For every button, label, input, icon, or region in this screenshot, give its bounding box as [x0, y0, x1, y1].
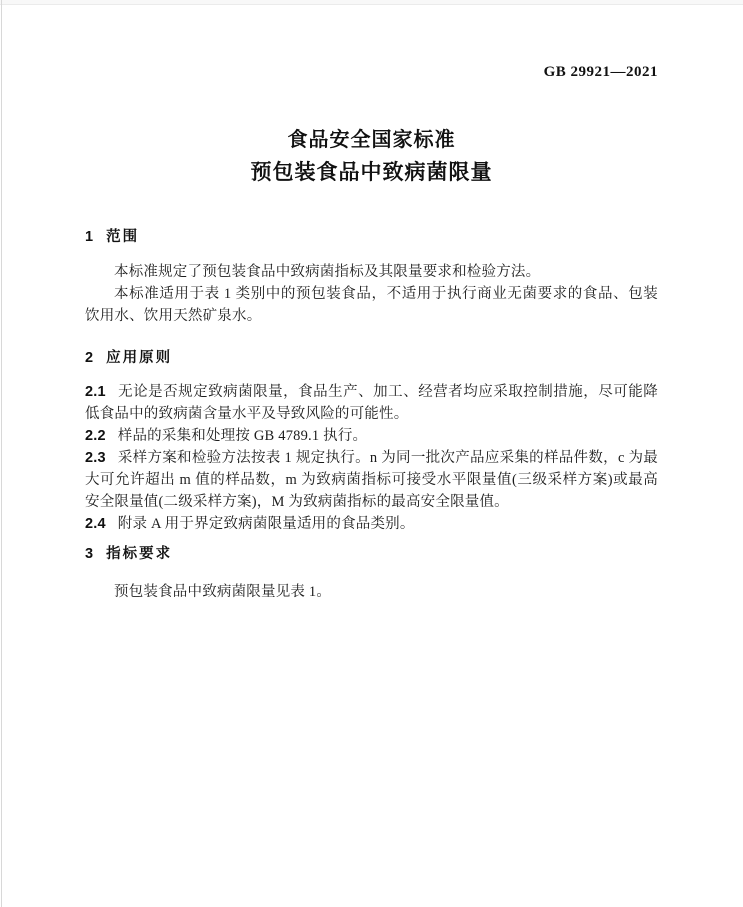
document-page: GB 29921—2021 食品安全国家标准 预包装食品中致病菌限量 1范围 本… — [0, 0, 743, 907]
indicators-paragraph-1: 预包装食品中致病菌限量见表 1。 — [85, 581, 658, 603]
clause-2-1-number: 2.1 — [85, 384, 106, 400]
clause-2-4-number: 2.4 — [85, 516, 106, 532]
clause-2-2-text: 样品的采集和处理按 GB 4789.1 执行。 — [118, 428, 368, 444]
clause-2-3-text: 采样方案和检验方法按表 1 规定执行。n 为同一批次产品应采集的样品件数，c 为… — [85, 450, 658, 510]
clause-2-3-number: 2.3 — [85, 450, 106, 466]
page-left-edge — [1, 0, 2, 907]
section-scope-title: 范围 — [106, 229, 139, 245]
clause-2-4: 2.4附录 A 用于界定致病菌限量适用的食品类别。 — [85, 513, 658, 535]
section-indicators-number: 3 — [85, 546, 93, 562]
clause-2-2: 2.2样品的采集和处理按 GB 4789.1 执行。 — [85, 425, 658, 447]
clause-2-1-text: 无论是否规定致病菌限量，食品生产、加工、经营者均应采取控制措施，尽可能降低食品中… — [85, 384, 658, 422]
section-scope-heading: 1范围 — [85, 226, 658, 248]
page-content: GB 29921—2021 食品安全国家标准 预包装食品中致病菌限量 1范围 本… — [85, 0, 658, 603]
section-indicators-heading: 3指标要求 — [85, 543, 658, 565]
section-indicators-title: 指标要求 — [106, 546, 172, 562]
section-principles-heading: 2应用原则 — [85, 347, 658, 369]
scope-paragraph-2: 本标准适用于表 1 类别中的预包装食品，不适用于执行商业无菌要求的食品、包装饮用… — [85, 283, 658, 327]
section-scope-number: 1 — [85, 229, 93, 245]
clause-2-4-text: 附录 A 用于界定致病菌限量适用的食品类别。 — [118, 516, 415, 532]
standard-code: GB 29921—2021 — [85, 64, 658, 80]
clause-2-3: 2.3采样方案和检验方法按表 1 规定执行。n 为同一批次产品应采集的样品件数，… — [85, 447, 658, 513]
clause-2-1: 2.1无论是否规定致病菌限量，食品生产、加工、经营者均应采取控制措施，尽可能降低… — [85, 381, 658, 425]
clause-2-2-number: 2.2 — [85, 428, 106, 444]
scope-paragraph-1: 本标准规定了预包装食品中致病菌指标及其限量要求和检验方法。 — [85, 261, 658, 283]
section-principles-title: 应用原则 — [106, 350, 172, 366]
section-principles-number: 2 — [85, 350, 93, 366]
document-title-line1: 食品安全国家标准 — [85, 129, 658, 151]
document-title-line2: 预包装食品中致病菌限量 — [85, 162, 658, 184]
